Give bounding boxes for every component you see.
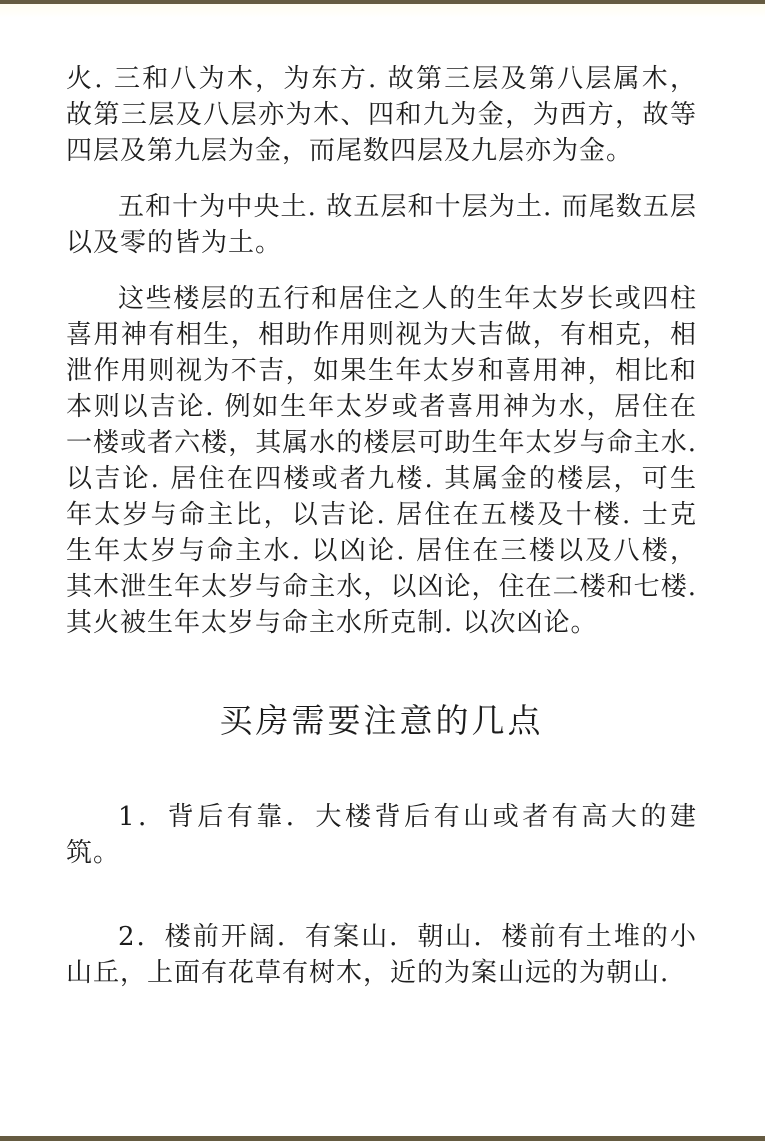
body-paragraph-five-elements-luck: 这些楼层的五行和居住之人的生年太岁长或四柱喜用神有相生，相助作用则视为大吉做，有… <box>66 281 697 641</box>
list-item-2-open-front: 2．楼前开阔．有案山．朝山．楼前有土堆的小山丘，上面有花草有树木，近的为案山远的… <box>66 919 697 991</box>
document-content: 火. 三和八为木，为东方. 故第三层及第八层属木，故第三层及八层亦为木、四和九为… <box>66 4 697 1039</box>
list-item-1-backing-mountain: 1．背后有靠．大楼背后有山或者有高大的建筑。 <box>66 799 697 871</box>
bottom-border-rule <box>0 1136 765 1141</box>
body-paragraph-earth-floors: 五和十为中央土. 故五层和十层为土. 而尾数五层以及零的皆为土。 <box>66 189 697 261</box>
section-title-buying-house-points: 买房需要注意的几点 <box>66 699 697 743</box>
body-paragraph-wood-metal-floors: 火. 三和八为木，为东方. 故第三层及第八层属木，故第三层及八层亦为木、四和九为… <box>66 61 697 169</box>
